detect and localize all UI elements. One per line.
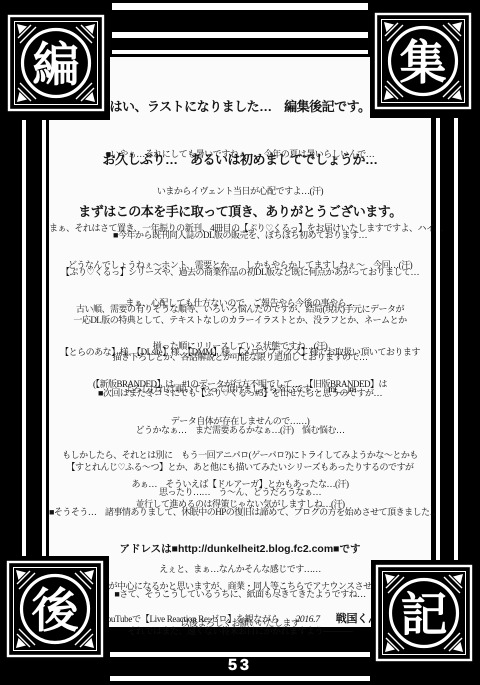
text-line: いまからイヴェント当日が心配ですよ…(汗) [49, 185, 431, 197]
bottom-stripe [110, 676, 370, 681]
medallion-top-right: 集 [370, 8, 477, 118]
kanji-hen: 編 [33, 40, 80, 92]
text-line: ■今年から既刊同人誌のDL版の販売を、ぼちぼち初めております… [49, 229, 431, 241]
top-stripe [112, 3, 368, 10]
kanji-shuu: 集 [400, 38, 447, 90]
footer-note: YouTubeで【Live Reaction Re:ゼロ】を観ながら [101, 612, 279, 625]
top-stripe [112, 32, 368, 38]
page-number: 53 [110, 655, 370, 676]
kanji-go: 後 [32, 586, 80, 638]
text-line: 【ぷり♡くるっ】シリーズや、過去の商業作品の初DL版など既に何点かあがっておりま… [49, 266, 431, 278]
medallion-bottom-right: 記 [371, 560, 478, 670]
top-stripe [112, 50, 368, 54]
text-line: ■いやぁ…それにしても暑いですねぇ… 今年の夏は暑いらしいんで… [49, 148, 431, 160]
footer-date: 2016.7 [295, 615, 319, 625]
text-line: 【とらのあな】様、【DLsite】様、【DMM】様、【メロンブックス】様でお取扱… [49, 346, 431, 358]
kanji-ki: 記 [401, 590, 448, 642]
text-line: ■次回はまた冬コミにでも【ぷり♡くるっ#5】を出せたらと思うのですが… [49, 387, 431, 399]
afterword-panel: はい、ラストになりました… 編集後記です。 お久しぶり… あるいは初めましてでし… [47, 55, 433, 629]
afterword-page: はい、ラストになりました… 編集後記です。 お久しぶり… あるいは初めましてでし… [0, 0, 480, 685]
side-stripe [454, 116, 458, 564]
medallion-top-left: 編 [3, 10, 110, 120]
side-stripe [436, 116, 440, 564]
side-stripe [42, 116, 46, 564]
medallion-bottom-left: 後 [2, 556, 109, 666]
text-line: ■そうそう… 諸事情ありまして、休眠中のHPの復旧は諦めて、ブログの方を始めさせ… [49, 506, 431, 518]
side-stripe [22, 116, 26, 564]
